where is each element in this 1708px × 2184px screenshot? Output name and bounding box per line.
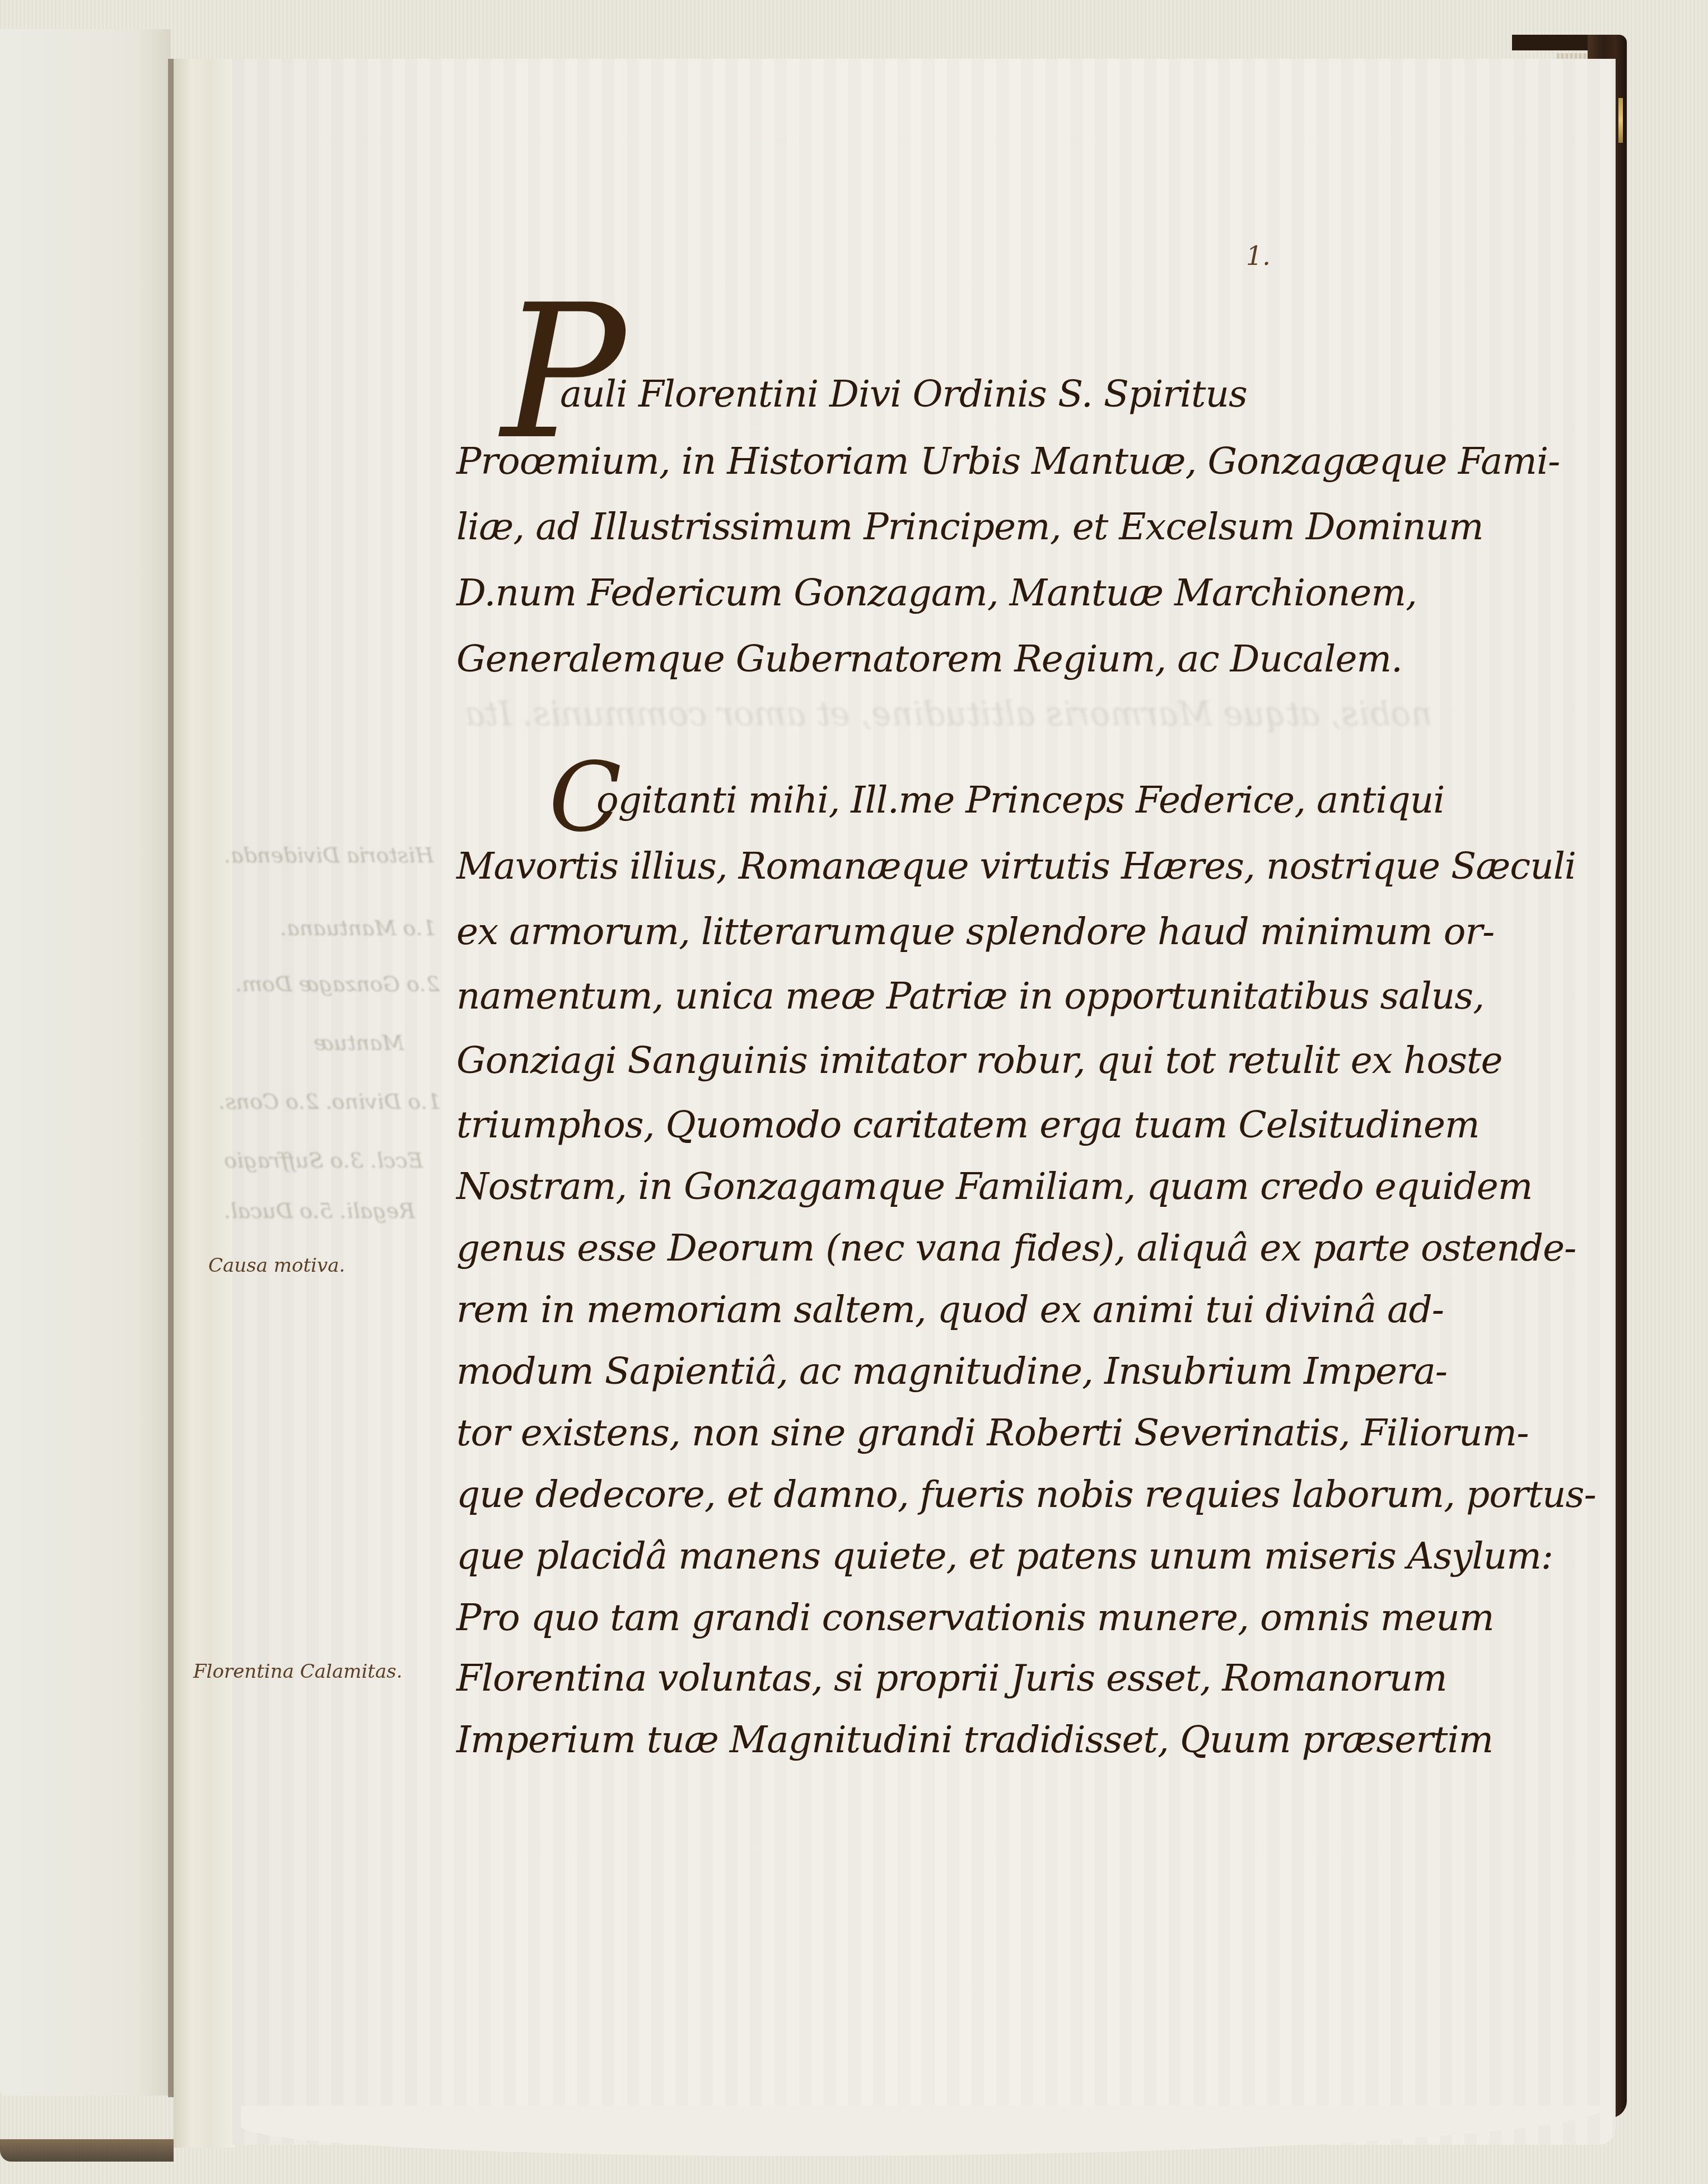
show-through-note: Mantuæ xyxy=(314,1030,404,1055)
show-through-note: Historia Dividenda. xyxy=(224,843,434,867)
body-line: genus esse Deorum (nec vana fides), aliq… xyxy=(456,1226,1576,1270)
margin-note-florentina-calamitas: Florentina Calamitas. xyxy=(193,1660,402,1683)
body-line: Florentina voluntas, si proprii Juris es… xyxy=(456,1656,1447,1700)
page-bottom-edge xyxy=(241,2106,1607,2156)
title-line: auli Florentini Divi Ordinis S. Spiritus xyxy=(560,372,1247,416)
title-line: Proœmium, in Historiam Urbis Mantuæ, Gon… xyxy=(456,440,1560,483)
body-line: que dedecore, et damno, fueris nobis req… xyxy=(456,1473,1596,1516)
show-through-body-line: nobis, atque Marmoris altitudine, et amo… xyxy=(465,694,1432,734)
title-line: liæ, ad Illustrissimum Principem, et Exc… xyxy=(456,505,1483,548)
show-through-note: 1.o Divino. 2.o Cons. xyxy=(218,1089,441,1114)
body-line: Gonziagi Sanguinis imitator robur, qui t… xyxy=(456,1039,1502,1082)
body-line: Pro quo tam grandi conservationis munere… xyxy=(456,1596,1494,1639)
show-through-note: 2.o Gonzagæ Dom. xyxy=(235,972,440,996)
left-facing-leaf xyxy=(0,29,171,2096)
title-line: D.num Federicum Gonzagam, Mantuæ Marchio… xyxy=(456,571,1417,614)
gilt-tooling xyxy=(1618,98,1623,143)
body-line: namentum, unica meæ Patriæ in opportunit… xyxy=(456,974,1484,1018)
body-line: Nostram, in Gonzagamque Familiam, quam c… xyxy=(456,1165,1532,1208)
body-line: ex armorum, litterarumque splendore haud… xyxy=(456,910,1494,953)
show-through-note: Eccl. 3.o Suffragio xyxy=(224,1148,423,1173)
body-line: triumphos, Quomodo caritatem erga tuam C… xyxy=(456,1103,1480,1146)
body-line: que placidâ manens quiete, et patens unu… xyxy=(456,1534,1553,1578)
margin-note-causa-motiva: Causa motiva. xyxy=(208,1254,345,1277)
show-through-note: Regali. 5.o Ducal. xyxy=(224,1198,415,1223)
body-line: Imperium tuæ Magnitudini tradidisset, Qu… xyxy=(456,1718,1493,1761)
body-line: Mavortis illius, Romanæque virtutis Hære… xyxy=(456,844,1576,888)
title-line: Generalemque Gubernatorem Regium, ac Duc… xyxy=(456,637,1402,680)
body-line: tor existens, non sine grandi Roberti Se… xyxy=(456,1411,1529,1454)
body-line: modum Sapientiâ, ac magnitudine, Insubri… xyxy=(456,1350,1447,1393)
body-line: rem in memoriam saltem, quod ex animi tu… xyxy=(456,1288,1444,1331)
folio-number: 1. xyxy=(1246,241,1271,271)
left-cover-corner xyxy=(0,2139,174,2162)
show-through-note: 1.o Mantuana. xyxy=(280,916,436,940)
body-line: ogitanti mihi, Ill.me Princeps Federice,… xyxy=(596,778,1444,822)
